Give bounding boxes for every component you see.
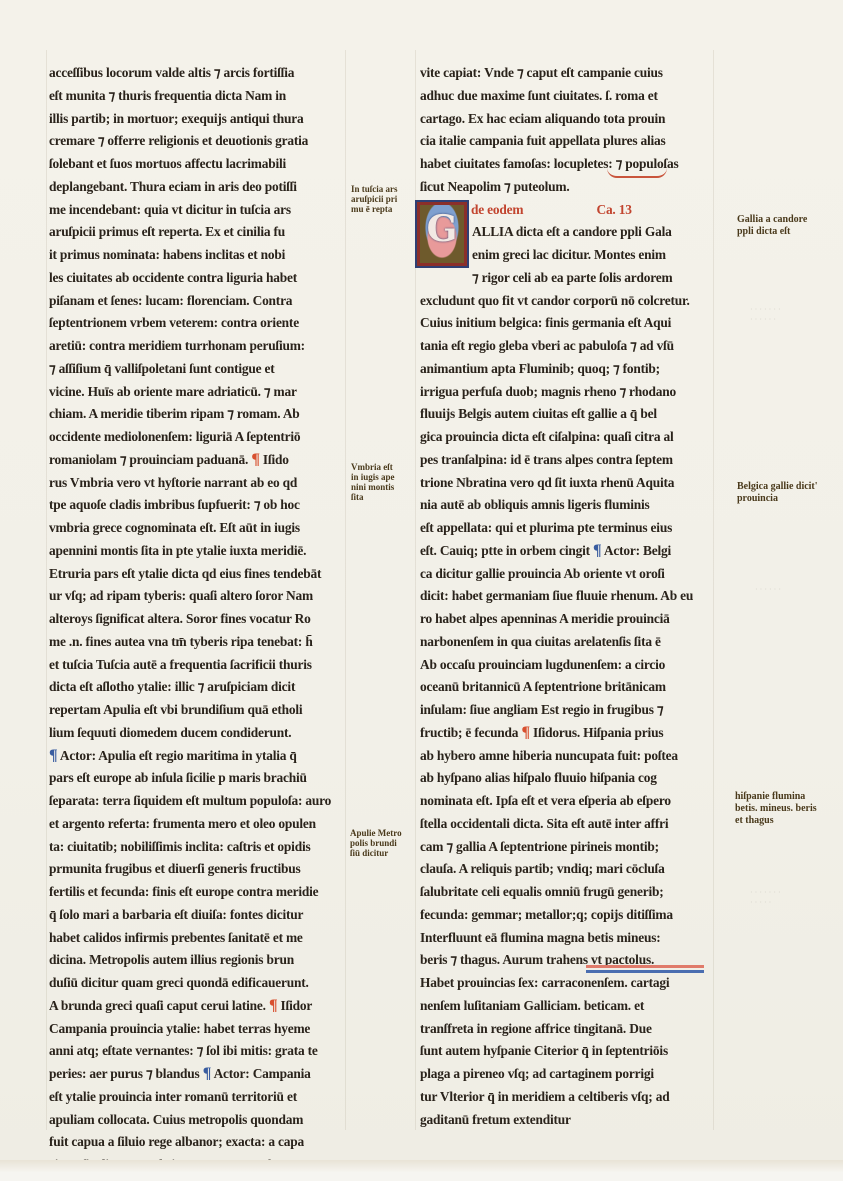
text-line: ſicut Neapolim ⁊ puteolum. [420, 176, 720, 199]
text-line: adhuc due maxime ſunt ciuitates. ſ. roma… [420, 85, 720, 108]
margin-note-belgica: Belgica gallie dicit'prouincia [737, 481, 818, 505]
margin-note-line: in iugis ape [351, 472, 395, 482]
margin-note-line: Belgica gallie dicit' [737, 481, 818, 493]
text-line: inſulam: ſiue angliam Est regio in frugi… [420, 699, 720, 722]
text-line: apennini montis ſita in pte ytalie iuxta… [49, 540, 349, 563]
text-line: ro habet alpes apenninas A meridie proui… [420, 608, 720, 631]
text-line: lium ſequuti diomedem ducem condiderunt. [49, 722, 349, 745]
text-line: habet calidos infirmis prebentes ſanitat… [49, 927, 349, 950]
text-line: trione Nbratina vero qd ſit iuxta rhenū … [420, 472, 720, 495]
text-line: ca dicitur gallie prouincia Ab oriente v… [420, 563, 720, 586]
text-line: gica prouincia dicta eſt ciſalpina: quaſ… [420, 426, 720, 449]
text-line: piſanam et ſenes: lucam: florenciam. Con… [49, 290, 349, 313]
red-flourish-decoration [607, 168, 667, 178]
text-line: cam ⁊ gallia A ſeptentrione pirineis mon… [420, 836, 720, 859]
margin-note-line: hiſpanie flumina [735, 791, 817, 803]
margin-note-line: Vmbria eſt [351, 462, 395, 472]
text-line: fecunda: gemmar; metallor;q; copijs diti… [420, 904, 720, 927]
left-text-column: acceſſibus locorum valde altis ⁊ arcis f… [49, 62, 349, 1177]
text-line: ab hybero amne hiberia nuncupata fuit: p… [420, 745, 720, 768]
text-line: ſtella occidentali dicta. Sita eſt autē … [420, 813, 720, 836]
text-line: ſeparata: terra ſiquidem eſt multum popu… [49, 790, 349, 813]
text-line: Etruria pars eſt ytalie dicta qd eius fi… [49, 563, 349, 586]
line-filler-decoration [586, 962, 704, 976]
text-line: A brunda greci quaſi caput cerui latine.… [49, 995, 349, 1018]
text-line: rus Vmbria vero vt hyſtorie narrant ab e… [49, 472, 349, 495]
text-line: q̄ ſolo mari a barbaria eſt diuiſa: font… [49, 904, 349, 927]
margin-note-line: et thagus [735, 815, 817, 827]
margin-note-tuscia: In tuſcia arsaruſpicii primu ē repta [351, 184, 398, 214]
text-line: ALLIA dicta eſt a candore ppli Gala [472, 221, 720, 244]
text-line: ſolebant et ſuos mortuos affectu lacrima… [49, 153, 349, 176]
text-line: ab hyſpano alias hiſpalo fluuio hiſpania… [420, 767, 720, 790]
text-line: acceſſibus locorum valde altis ⁊ arcis f… [49, 62, 349, 85]
text-line: vmbria grece cognominata eſt. Eſt aūt in… [49, 517, 349, 540]
text-line: animantium apta Fluminib; quoq; ⁊ fontib… [420, 358, 720, 381]
margin-note-hispanie: hiſpanie fluminabetis. mineus. beriset t… [735, 791, 817, 827]
text-line: eſt appellata: qui et plurima pte termin… [420, 517, 720, 540]
text-line: cartago. Ex hac eciam aliquando tota pro… [420, 108, 720, 131]
text-line: ſeptentrionem vrbem veterem: contra orie… [49, 312, 349, 335]
text-line: tranſfreta in regione affrice tingitanā.… [420, 1018, 720, 1041]
text-line: cremare ⁊ offerre religionis et deuotion… [49, 130, 349, 153]
page-edge [0, 1160, 843, 1181]
text-line: pars eſt europe ab inſula ſicilie p mari… [49, 767, 349, 790]
text-line: fructib; ē fecunda ¶ Iſidorus. Hiſpania … [420, 722, 720, 745]
text-line: narbonenſem in qua ciuitas arelatenſis ſ… [420, 631, 720, 654]
pilcrow-blue-icon: ¶ [593, 542, 601, 559]
text-line: et tuſcia Tuſcia autē a frequentia ſacri… [49, 654, 349, 677]
pilcrow-red-icon: ¶ [251, 451, 259, 468]
margin-note-line: ſiū dicitur [350, 848, 402, 858]
margin-note-line: In tuſcia ars [351, 184, 398, 194]
margin-note-line: betis. mineus. beris [735, 803, 817, 815]
text-line: excludunt quo fit vt candor corporū nō c… [420, 290, 720, 313]
text-line: tania eſt regio gleba vberi ac pabuloſa … [420, 335, 720, 358]
text-line: me incendebant: quia vt dicitur in tuſci… [49, 199, 349, 222]
text-line: nenſem luſitaniam Galliciam. beticam. et [420, 995, 720, 1018]
margin-note-apulie: Apulie Metropolis brundiſiū dicitur [350, 828, 402, 858]
initial-letter: G [417, 208, 467, 250]
text-line: ur vſq; ad ripam tyberis: quaſi altero ſ… [49, 585, 349, 608]
margin-note-line: ſita [351, 492, 395, 502]
text-line: eſt. Cauiq; ptte in orbem cingit ¶ Actor… [420, 540, 720, 563]
text-line: cia italie campania fuit appellata plure… [420, 130, 720, 153]
text-line: occidente mediolonenſem: liguriā A ſepte… [49, 426, 349, 449]
text-line: repertam Apulia eſt vbi brundiſium quā e… [49, 699, 349, 722]
margin-note-line: Gallia a candore [737, 214, 807, 226]
text-line: ⁊ rigor celi ab ea parte ſolis ardorem [472, 267, 720, 290]
pilcrow-blue-icon: ¶ [203, 1065, 211, 1082]
text-line: me .n. fines autea vna tm̄ tyberis ripa … [49, 631, 349, 654]
text-line: Cuius initium belgica: finis germania eſ… [420, 312, 720, 335]
text-line: gaditanū fretum extenditur [420, 1109, 720, 1132]
margin-note-line: prouincia [737, 493, 818, 505]
text-line: dicta eſt aſlotho ytalie: illic ⁊ aruſpi… [49, 676, 349, 699]
margin-note-line: mu ē repta [351, 204, 398, 214]
text-line: irrigua perfuſa duob; magnis rheno ⁊ rho… [420, 381, 720, 404]
text-line: tur Vlterior q̄ in meridiem a celtiberis… [420, 1086, 720, 1109]
text-line: oceanū britannicū A ſeptentrione britāni… [420, 676, 720, 699]
text-line: peries: aer purus ⁊ blandus ¶ Actor: Cam… [49, 1063, 349, 1086]
show-through-text: · · · · · · ·· · · · · [750, 888, 781, 908]
margin-note-umbria: Vmbria eſtin iugis apenini montisſita [351, 462, 395, 502]
text-line: illis partib; in mortuor; exequijs antiq… [49, 108, 349, 131]
pilcrow-blue-icon: ¶ [49, 747, 57, 764]
text-line: Ab occaſu prouinciam lugdunenſem: a circ… [420, 654, 720, 677]
text-line: dicina. Metropolis autem illius regionis… [49, 949, 349, 972]
pilcrow-red-icon: ¶ [269, 997, 277, 1014]
text-line: duſiū dicitur quam greci quondā edificau… [49, 972, 349, 995]
margin-note-line: aruſpicii pri [351, 194, 398, 204]
margin-note-line: polis brundi [350, 838, 402, 848]
text-line: plaga a pireneo vſq; ad cartaginem porri… [420, 1063, 720, 1086]
show-through-text: · · · · · · ·· · · · · · [750, 305, 781, 325]
text-line: tpe aquoſe cladis imbribus ſupfuerit: ⁊ … [49, 494, 349, 517]
text-line: clauſa. A reliquis partib; vndiq; mari c… [420, 858, 720, 881]
text-line: vite capiat: Vnde ⁊ caput eſt campanie c… [420, 62, 720, 85]
text-line: nia autē ab obliquis amnis ligeris flumi… [420, 494, 720, 517]
text-line: prmunita frugibus et diuerſi generis fru… [49, 858, 349, 881]
text-line: eſt ytalie prouincia inter romanū territ… [49, 1086, 349, 1109]
text-line: vicine. Huīs ab oriente mare adriaticū. … [49, 381, 349, 404]
text-line: deplangebant. Thura eciam in aris deo po… [49, 176, 349, 199]
text-line: et argento referta: frumenta mero et ole… [49, 813, 349, 836]
text-line: dicit: habet germaniam ſiue fluuie rhenu… [420, 585, 720, 608]
text-line: it primus nominata: habens inclitas et n… [49, 244, 349, 267]
text-line: habet ciuitates famoſas: locupletes: ⁊ p… [420, 153, 720, 176]
text-line: enim greci lac dicitur. Montes enim [472, 244, 720, 267]
margin-note-line: nini montis [351, 482, 395, 492]
text-line: ta: ciuitatib; nobiliſſimis inclita: caſ… [49, 836, 349, 859]
illuminated-initial-g: G [415, 200, 469, 268]
show-through-text: · · · · · · [755, 585, 781, 595]
text-line: aretiū: contra meridiem turrhonam peruſi… [49, 335, 349, 358]
text-line: les ciuitates ab occidente contra liguri… [49, 267, 349, 290]
text-line: ¶ Actor: Apulia eſt regio maritima in yt… [49, 745, 349, 768]
text-line: pes tranſalpina: id ē trans alpes contra… [420, 449, 720, 472]
text-line: nominata eſt. Ipſa eſt et vera eſperia a… [420, 790, 720, 813]
text-line: anni atq; eſtate vernantes: ⁊ ſol ibi mi… [49, 1040, 349, 1063]
text-line: alteroys ſignificat altera. Soror fines … [49, 608, 349, 631]
text-line: ſunt autem hyſpanie Citerior q̄ in ſepte… [420, 1040, 720, 1063]
manuscript-page: acceſſibus locorum valde altis ⁊ arcis f… [0, 0, 843, 1172]
text-line: chiam. A meridie tiberim ripam ⁊ romam. … [49, 403, 349, 426]
margin-note-gallia: Gallia a candoreppli dicta eſt [737, 214, 807, 238]
pilcrow-red-icon: ¶ [521, 724, 529, 741]
text-line: fluuijs Belgis autem ciuitas eſt gallie … [420, 403, 720, 426]
text-line: ⁊ aſſiſium q̄ valliſpoletani ſunt contig… [49, 358, 349, 381]
text-line: fertilis et fecunda: finis eſt europe co… [49, 881, 349, 904]
chapter-number: Ca. 13 [596, 202, 631, 217]
margin-note-line: ppli dicta eſt [737, 226, 807, 238]
text-line: aruſpicii primus eſt reperta. Ex et cini… [49, 221, 349, 244]
text-line: fuit capua a ſiluio rege albanor; exacta… [49, 1131, 349, 1154]
margin-note-line: Apulie Metro [350, 828, 402, 838]
text-line: ſalubritate celi equalis omniū frugū gen… [420, 881, 720, 904]
text-line: apuliam collocata. Cuius metropolis quon… [49, 1109, 349, 1132]
ruling-line [46, 50, 47, 1130]
text-line: eſt munita ⁊ thuris frequentia dicta Nam… [49, 85, 349, 108]
text-line: Campania prouincia ytalie: habet terras … [49, 1018, 349, 1041]
text-line: Interfluunt eā flumina magna betis mineu… [420, 927, 720, 950]
text-line: romaniolam ⁊ prouinciam paduanā. ¶ Iſido [49, 449, 349, 472]
